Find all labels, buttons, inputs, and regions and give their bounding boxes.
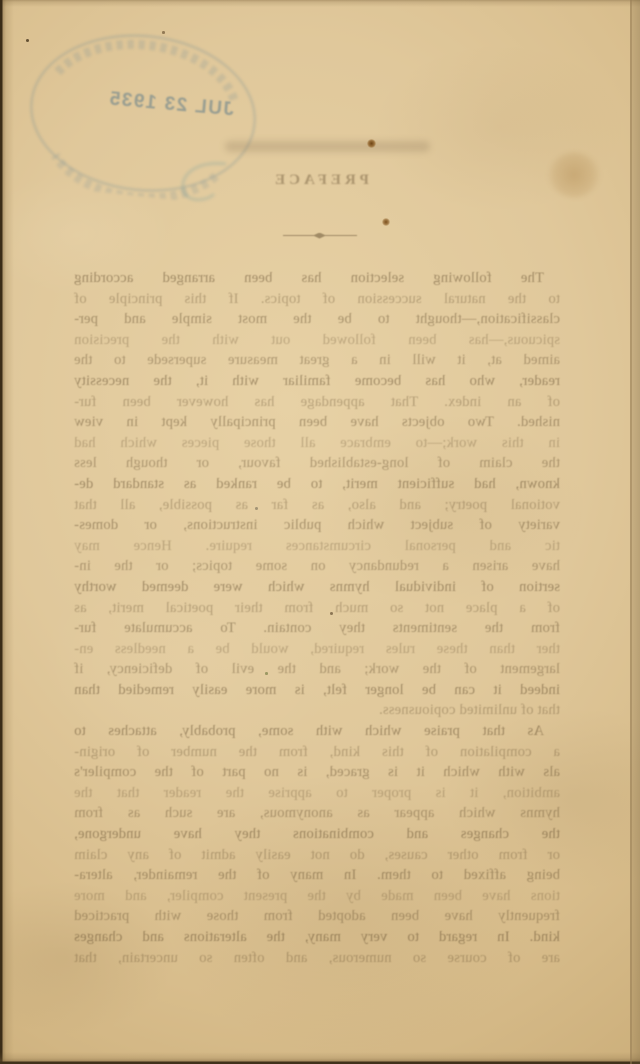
text-line: als with which it is graced, is no part … (74, 762, 560, 783)
text-line: are of course so numerous, and often so … (74, 948, 560, 969)
text-line: frequently have been adopted from those … (74, 906, 560, 927)
text-line: As that praise which with some, probably… (74, 721, 560, 742)
text-line: votional poetry; and also, as far as pos… (74, 495, 560, 516)
section-divider-ornament (283, 231, 357, 240)
text-line: to the natural succession of topics. If … (74, 289, 560, 310)
text-line: ambition, it is proper to apprise the re… (74, 783, 560, 804)
text-line: a compilation of this kind, from the num… (74, 742, 560, 763)
text-line: known, had sufficient merit, to be ranke… (74, 474, 560, 495)
text-line: of a place not so much from their poetic… (74, 598, 560, 619)
text-line: the claim of long-established favour, or… (74, 453, 560, 474)
text-line: the changes and combinations they have u… (74, 824, 560, 845)
text-line: classification,—thought to be the most s… (74, 309, 560, 330)
text-line: tic and personal circumstances require. … (74, 536, 560, 557)
scanned-book-page: JUL 23 1935 PREFACE The following select… (0, 0, 640, 1064)
preface-heading: PREFACE (260, 172, 380, 189)
text-line: of an index. That appendage has however … (74, 392, 560, 413)
text-line: sertion of individual hymns which were d… (74, 577, 560, 598)
text-line: have arisen a redundancy on some topics;… (74, 556, 560, 577)
text-line: that of unlimited copiousness. (74, 700, 560, 721)
text-line: tions have been made by the present comp… (74, 886, 560, 907)
text-line: or from other causes, do not easily admi… (74, 845, 560, 866)
preface-paragraph-2: As that praise which with some, probably… (74, 721, 560, 968)
text-line: hymns which appear as anonymous, are suc… (74, 803, 560, 824)
text-line: aimed at, it will in a great measure sup… (74, 350, 560, 371)
text-line: being affixed to them. In many of the re… (74, 865, 560, 886)
divider-diamond-icon (313, 233, 326, 239)
text-line: kind. In regard to very many, the altera… (74, 927, 560, 948)
faded-heading-smudge (225, 141, 430, 152)
text-line: reader, who has become familiar with it,… (74, 371, 560, 392)
text-line: The following selection has been arrange… (74, 268, 560, 289)
text-line: from the sentiments they contain. To acc… (74, 618, 560, 639)
text-line: nished. Two objects have been principall… (74, 412, 560, 433)
bleed-through-layer: JUL 23 1935 PREFACE The following select… (0, 0, 640, 1064)
text-line: ther than these rules required, would be… (74, 639, 560, 660)
text-line: in this work;—to embrace all those piece… (74, 433, 560, 454)
preface-paragraph-1: The following selection has been arrange… (74, 268, 560, 721)
text-line: spicuous,—has been followed out with the… (74, 330, 560, 351)
preface-text-block: The following selection has been arrange… (74, 268, 560, 968)
text-line: variety of subject which public instruct… (74, 515, 560, 536)
text-line: largement of the work; and the evil of d… (74, 659, 560, 680)
text-line: indeed it can be longer felt, is more ea… (74, 680, 560, 701)
